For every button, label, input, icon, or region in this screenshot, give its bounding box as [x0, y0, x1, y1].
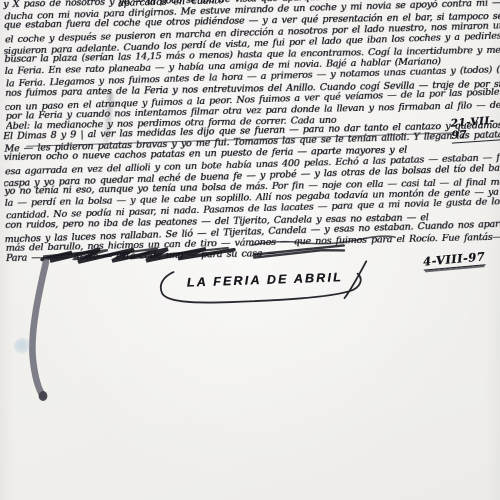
circled-title-annotation: LA FERIA DE ABRIL: [147, 259, 376, 311]
faint-blue-spot: [14, 338, 31, 354]
gray-curved-pen-smudge: [12, 256, 84, 408]
scanned-manuscript-page: { "page": { "kind": "handwritten manuscr…: [0, 0, 500, 500]
handwriting-paragraph-1: y X pasó de nosotros y yo — al poco se i…: [3, 0, 500, 133]
